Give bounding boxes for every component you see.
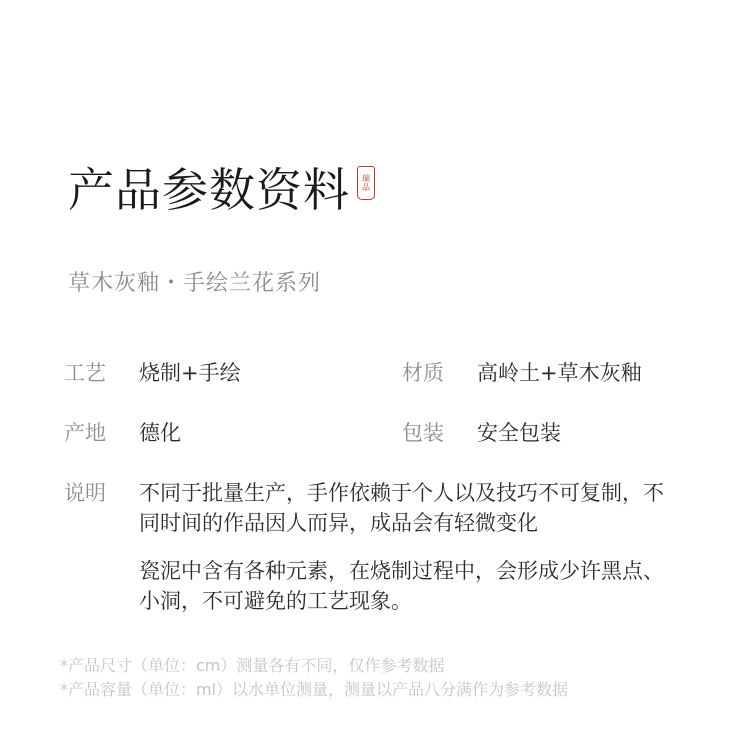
spec-craft: 工艺烧制+手绘 — [64, 358, 241, 388]
description-paragraph: 瓷泥中含有各种元素，在烧制过程中，会形成少许黑点、小洞，不可避免的工艺现象。 — [139, 556, 679, 616]
footnotes: *产品尺寸（单位：cm）测量各有不同，仅作参考数据 *产品容量（单位：ml）以水… — [60, 654, 568, 702]
spec-value: 德化 — [139, 421, 181, 445]
seal-char: 瑞 — [362, 174, 370, 183]
spec-label: 材质 — [402, 358, 477, 388]
spec-packaging: 包装安全包装 — [402, 418, 561, 448]
product-series-subtitle: 草木灰釉・手绘兰花系列 — [68, 268, 321, 300]
page-title: 产品参数资料 — [68, 160, 350, 220]
footnote-size: *产品尺寸（单位：cm）测量各有不同，仅作参考数据 — [60, 654, 568, 678]
spec-value: 高岭土+草木灰釉 — [477, 361, 642, 385]
spec-label: 工艺 — [64, 358, 139, 388]
spec-label: 包装 — [402, 418, 477, 448]
description-paragraph: 不同于批量生产，手作依赖于个人以及技巧不可复制，不同时间的作品因人而异，成品会有… — [139, 478, 679, 538]
spec-label: 产地 — [64, 418, 139, 448]
description-label: 说明 — [64, 478, 139, 634]
spec-value: 安全包装 — [477, 421, 561, 445]
seal-char: 品 — [362, 183, 370, 192]
footnote-capacity: *产品容量（单位：ml）以水单位测量，测量以产品八分满作为参考数据 — [60, 678, 568, 702]
spec-value: 烧制+手绘 — [139, 361, 241, 385]
description-section: 说明 不同于批量生产，手作依赖于个人以及技巧不可复制，不同时间的作品因人而异，成… — [64, 478, 679, 634]
description-body: 不同于批量生产，手作依赖于个人以及技巧不可复制，不同时间的作品因人而异，成品会有… — [139, 478, 679, 634]
spec-origin: 产地德化 — [64, 418, 181, 448]
seal-stamp-icon: 瑞 品 — [357, 166, 375, 200]
spec-material: 材质高岭土+草木灰釉 — [402, 358, 642, 388]
